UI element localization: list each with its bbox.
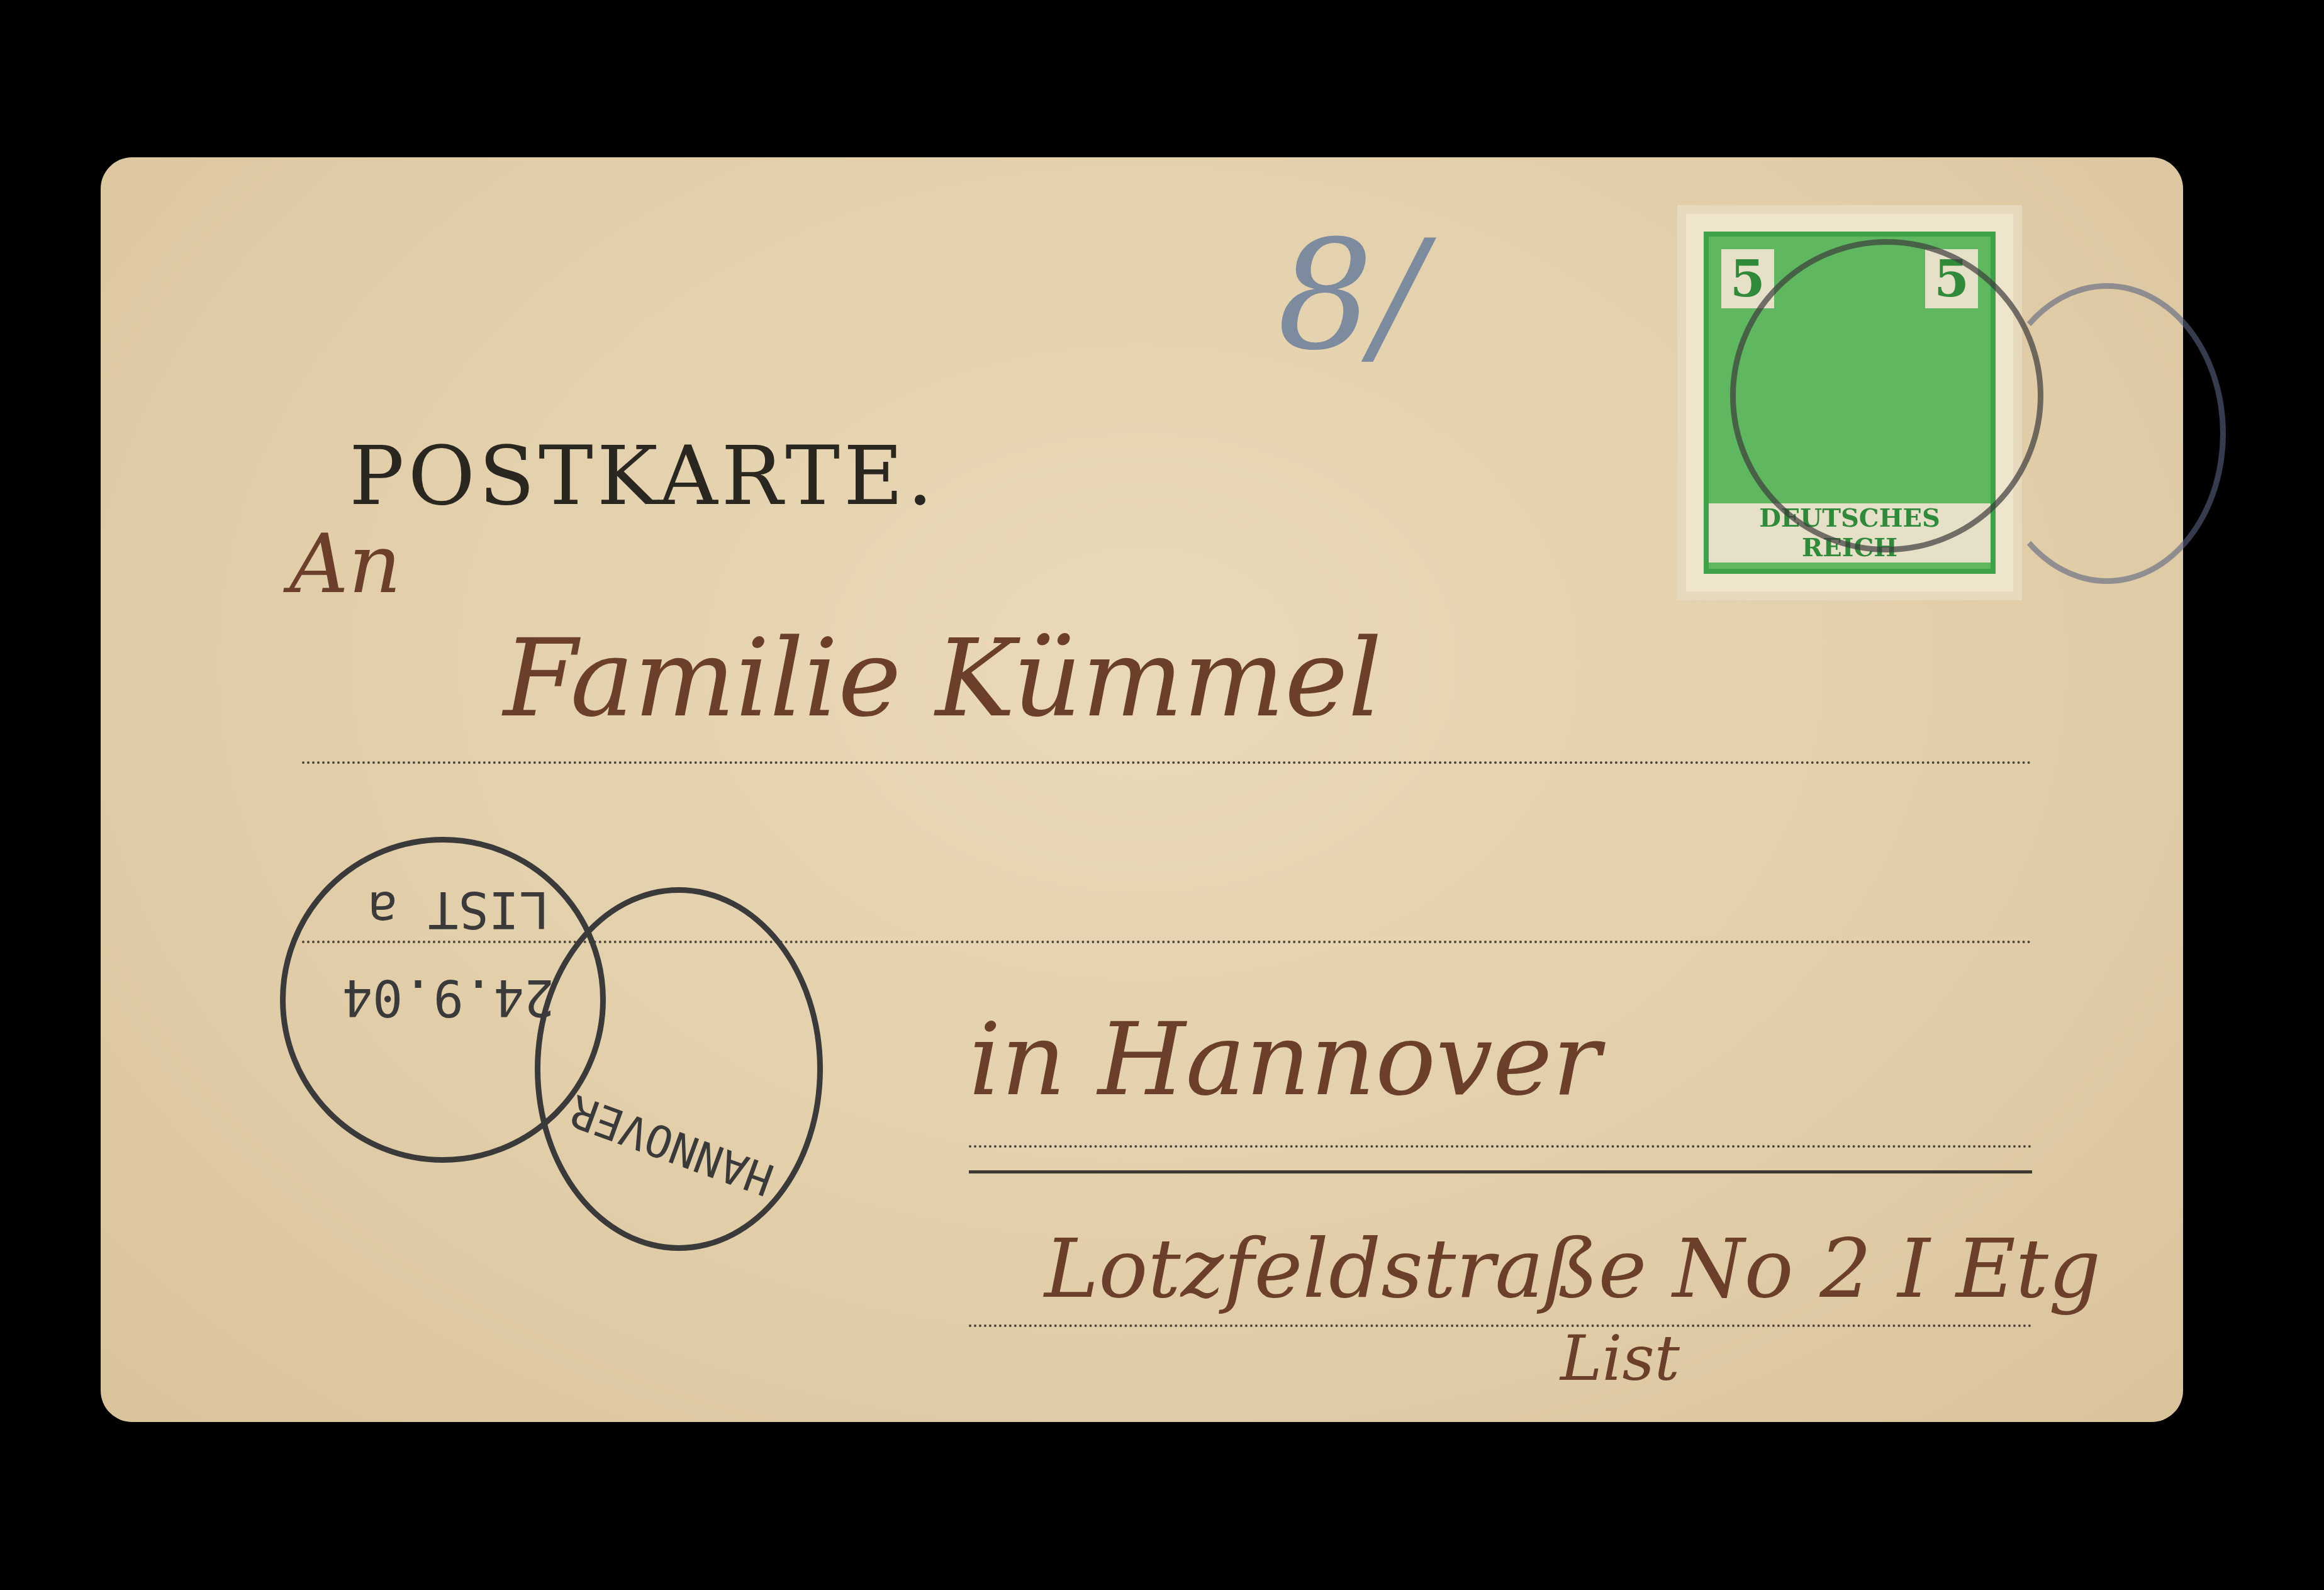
address-rule-4 [969, 1324, 2032, 1327]
postcard: POSTKARTE. 8/ 5 5 DEUTSCHES REICH An Fam… [101, 157, 2183, 1422]
address-line-2: Familie Kümmel [503, 617, 1382, 741]
receiving-postmark [1988, 283, 2226, 584]
pencil-note: 8/ [1277, 208, 1424, 384]
postmark-hannover-city: HANNOVER [563, 1085, 780, 1206]
postmark-list-date: 24.9.04 [342, 968, 554, 1027]
address-rule-1 [302, 761, 2032, 764]
postkarte-title: POSTKARTE. [349, 428, 937, 523]
address-line-1: An [289, 516, 401, 612]
postmark-hannover: HANNOVER [535, 887, 823, 1251]
address-rule-3 [969, 1145, 2032, 1148]
address-line-4: Lotzfeldstraße No 2 I Etg [1044, 1221, 2101, 1316]
postmark-list-district: LIST a [367, 880, 549, 939]
address-rule-solid [969, 1170, 2032, 1173]
address-line-5: List [1560, 1321, 1680, 1395]
address-line-3: in Hannover [969, 1000, 1601, 1118]
